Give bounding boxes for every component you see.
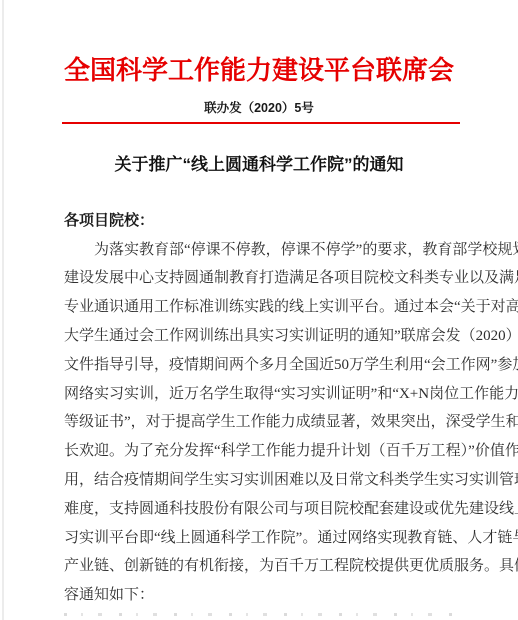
body-line: 等级证书”，对于提高学生工作能力成绩显著，效果突出，深受学生和家 xyxy=(64,408,462,437)
letterhead-org-title: 全国科学工作能力建设平台联席会 xyxy=(0,54,518,88)
body-line: 用，结合疫情期间学生实习实训困难以及日常文科类学生实习实训管理的 xyxy=(64,466,462,495)
body-line: 文件指导引导，疫情期间两个多月全国近50万学生利用“会工作网”参加 xyxy=(64,351,462,380)
body-line: 建设发展中心支持圆通制教育打造满足各项目院校文科类专业以及满足各 xyxy=(64,264,462,293)
doc-number: 联办发（2020）5号 xyxy=(0,98,518,116)
salutation: 各项目院校： xyxy=(64,207,462,236)
body-line: 容通知如下： xyxy=(64,581,462,610)
body-line: 网络实习实训，近万名学生取得“实习实训证明”和“X+N岗位工作能力 xyxy=(64,380,462,409)
clipped-next-line-fragment xyxy=(64,613,462,616)
page-edge-line xyxy=(2,0,4,620)
notice-title: 关于推广“线上圆通科学工作院”的通知 xyxy=(0,150,518,175)
body-line: 专业通识通用工作标准训练实践的线上实训平台。通过本会“关于对高校 xyxy=(64,293,462,322)
body-line: 产业链、创新链的有机衔接，为百千万工程院校提供更优质服务。具体内 xyxy=(64,552,462,581)
body-line: 习实训平台即“线上圆通科学工作院”。通过网络实现教育链、人才链与 xyxy=(64,524,462,553)
body-line: 长欢迎。为了充分发挥“科学工作能力提升计划（百千万工程）”价值作 xyxy=(64,437,462,466)
body-line: 难度，支持圆通科技股份有限公司与项目院校配套建设或优先建设线上实 xyxy=(64,495,462,524)
body-line: 为落实教育部“停课不停教，停课不停学”的要求，教育部学校规划 xyxy=(64,236,462,265)
notice-body: 各项目院校： 为落实教育部“停课不停教，停课不停学”的要求，教育部学校规划 建设… xyxy=(0,207,518,610)
letterhead-divider-rule xyxy=(62,122,460,124)
letterhead: 全国科学工作能力建设平台联席会 联办发（2020）5号 xyxy=(0,0,518,124)
body-line: 大学生通过会工作网训练出具实习实训证明的通知”联席会发（2020）1号 xyxy=(64,322,462,351)
notice-document-page: 全国科学工作能力建设平台联席会 联办发（2020）5号 关于推广“线上圆通科学工… xyxy=(0,0,518,620)
